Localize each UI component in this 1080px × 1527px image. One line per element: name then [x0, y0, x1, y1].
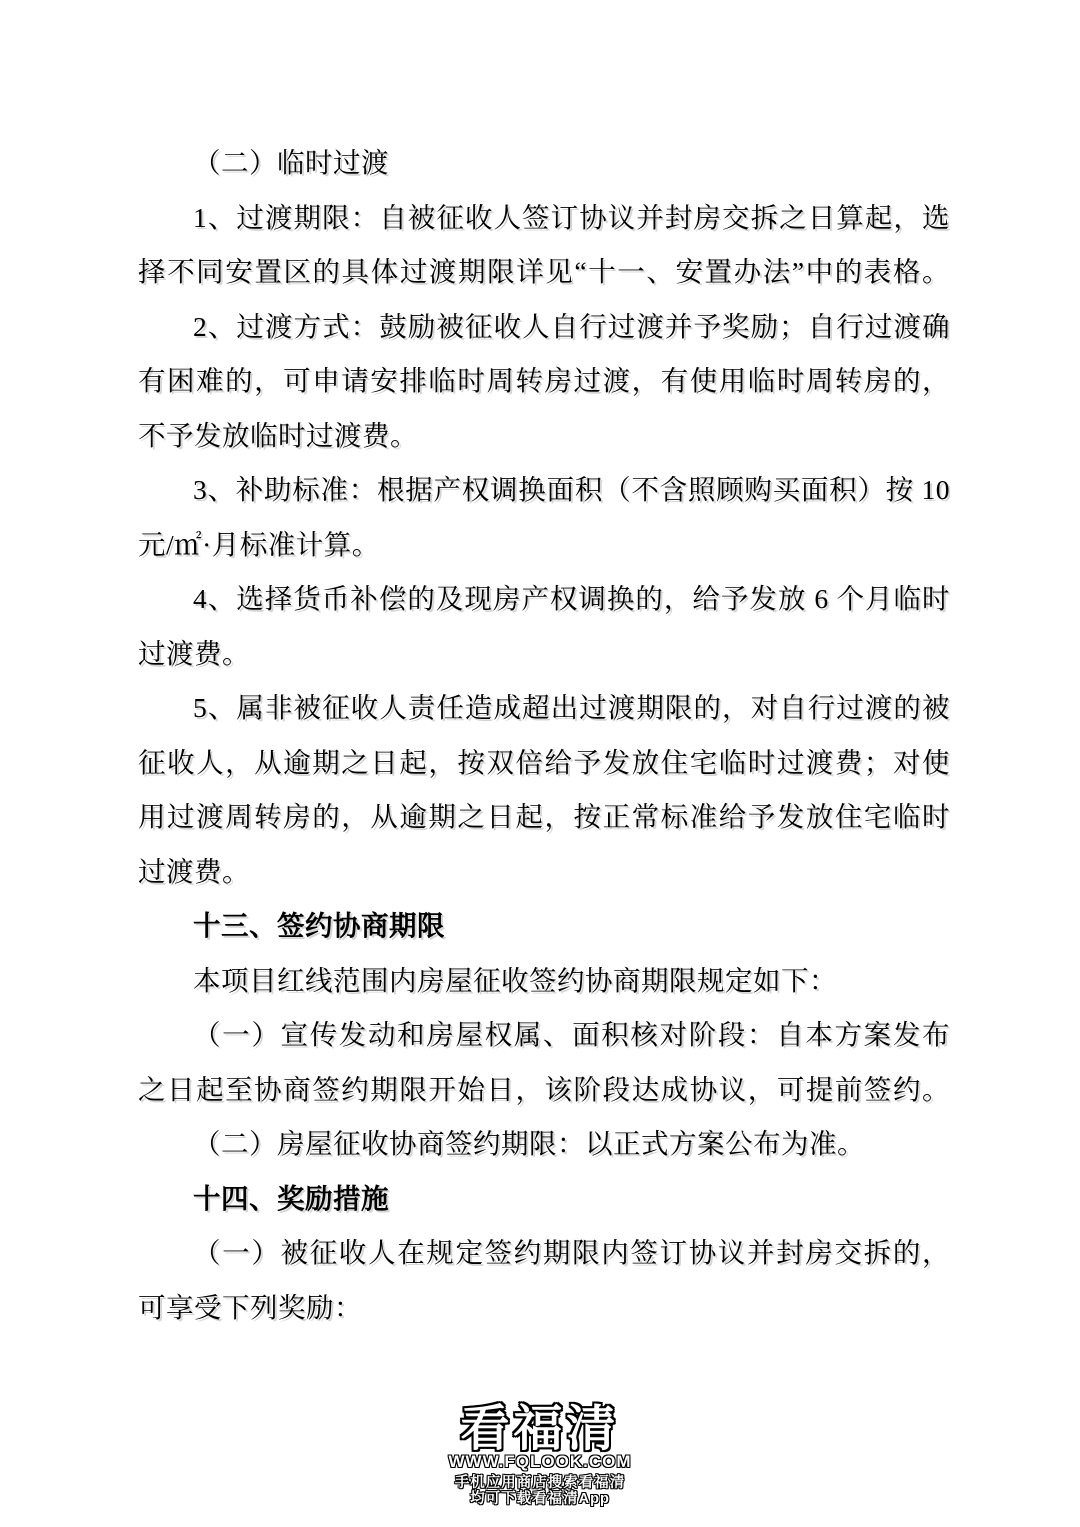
text-line: 4、选择货币补偿的及现房产权调换的，给予发放 6 个月临时	[138, 572, 950, 627]
section-heading: 十三、签约协商期限	[138, 899, 950, 954]
watermark: 看福清 WWW.FQLOOK.COM 手机应用商店搜索看福清 均可下载看福清Ap…	[0, 1402, 1080, 1507]
text-line: 不予发放临时过渡费。	[138, 409, 950, 464]
text-line: 3、补助标准：根据产权调换面积（不含照顾购买面积）按 10	[138, 463, 950, 518]
text-line: 2、过渡方式：鼓励被征收人自行过渡并予奖励；自行过渡确	[138, 300, 950, 355]
text-line: 5、属非被征收人责任造成超出过渡期限的，对自行过渡的被	[138, 681, 950, 736]
text-line: 本项目红线范围内房屋征收签约协商期限规定如下：	[138, 954, 950, 1009]
text-line: 过渡费。	[138, 845, 950, 900]
text-line: 征收人，从逾期之日起，按双倍给予发放住宅临时过渡费；对使	[138, 736, 950, 791]
text-line: 过渡费。	[138, 627, 950, 682]
text-line: 有困难的，可申请安排临时周转房过渡，有使用临时周转房的，	[138, 354, 950, 409]
watermark-url: WWW.FQLOOK.COM	[0, 1454, 1080, 1469]
text-line: （二）临时过渡	[138, 136, 950, 191]
document-body: （二）临时过渡1、过渡期限：自被征收人签订协议并封房交拆之日算起，选择不同安置区…	[138, 136, 950, 1335]
text-line: 1、过渡期限：自被征收人签订协议并封房交拆之日算起，选	[138, 191, 950, 246]
page: （二）临时过渡1、过渡期限：自被征收人签订协议并封房交拆之日算起，选择不同安置区…	[0, 0, 1080, 1527]
text-line: （二）房屋征收协商签约期限：以正式方案公布为准。	[138, 1117, 950, 1172]
watermark-tagline-2: 均可下载看福清App	[0, 1491, 1080, 1507]
text-line: （一）被征收人在规定签约期限内签订协议并封房交拆的，	[138, 1226, 950, 1281]
watermark-logo-text: 看福清	[0, 1402, 1080, 1456]
text-line: 之日起至协商签约期限开始日，该阶段达成协议，可提前签约。	[138, 1063, 950, 1118]
text-line: （一）宣传发动和房屋权属、面积核对阶段：自本方案发布	[138, 1008, 950, 1063]
text-line: 元/㎡·月标准计算。	[138, 518, 950, 573]
text-line: 用过渡周转房的，从逾期之日起，按正常标准给予发放住宅临时	[138, 790, 950, 845]
section-heading: 十四、奖励措施	[138, 1172, 950, 1227]
text-line: 择不同安置区的具体过渡期限详见“十一、安置办法”中的表格。	[138, 245, 950, 300]
watermark-tagline-1: 手机应用商店搜索看福清	[0, 1475, 1080, 1491]
text-line: 可享受下列奖励：	[138, 1281, 950, 1336]
